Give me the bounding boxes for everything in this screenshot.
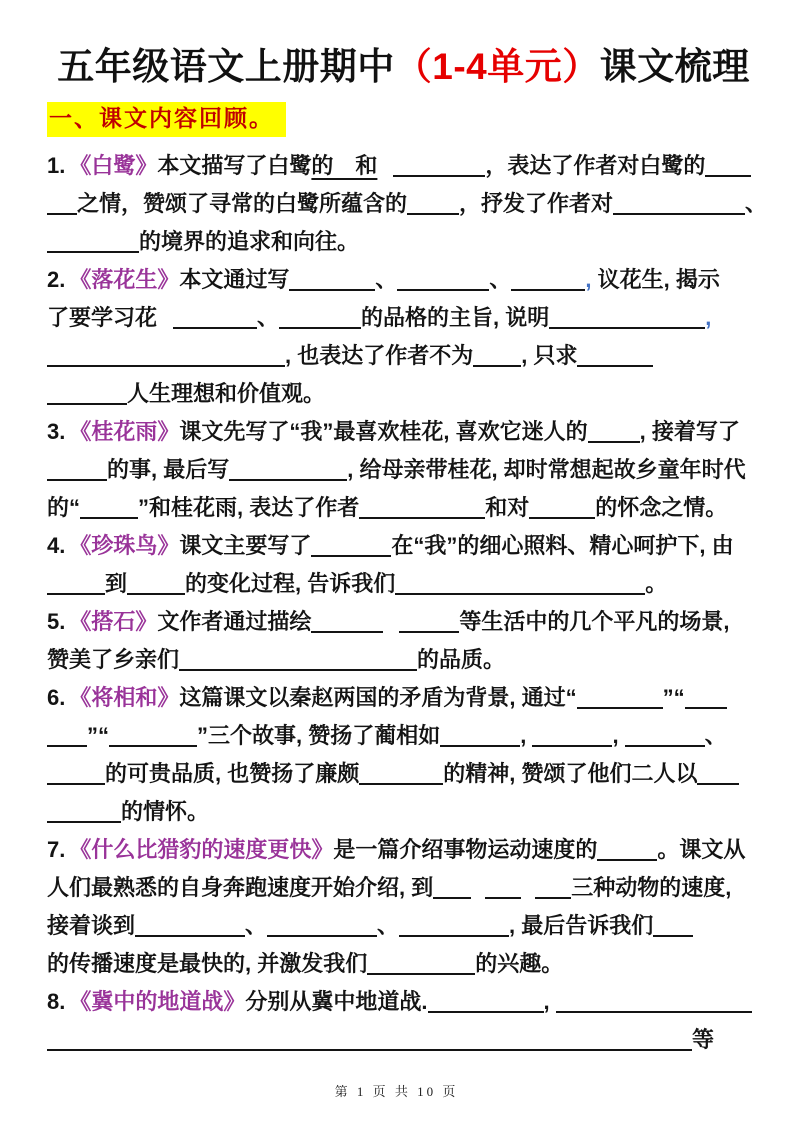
item-number: 5. [47,603,65,641]
worksheet-item: 1.《白鹭》本文描写了白鹭的 和，表达了作者对白鹭的之情，赞颂了寻常的白鹭所蕴含… [47,147,760,261]
text-run: 议花生, 揭示 [598,267,720,292]
text-run: , 接着写了 [640,419,740,444]
text-line: 1.《白鹭》本文描写了白鹭的 和，表达了作者对白鹭的 [47,147,760,185]
text-run: 等生活中的几个平凡的场景, [459,609,729,634]
text-run: ，表达了作者对白鹭的 [485,153,705,178]
blank-field [399,919,509,937]
text-line: 人们最熟悉的自身奔跑速度开始介绍, 到三种动物的速度, [47,869,760,907]
text-run: 。 [645,571,667,596]
blank-field [577,349,653,367]
text-run: ，抒发了作者对 [459,191,613,216]
text-run: 本文描写了白鹭 [157,153,311,178]
blank-field [47,235,139,253]
blank-field [433,881,471,899]
text-run: 了要学习花 [47,305,157,330]
blank-field [47,1033,692,1051]
text-line: 的可贵品质, 也赞扬了廉颇的精神, 赞颂了他们二人以 [47,755,760,793]
text-run: , 也表达了作者不为 [285,343,473,368]
text-run: 之情，赞颂了寻常的白鹭所蕴含的 [77,191,407,216]
text-line: 的境界的追求和向往。 [47,223,760,261]
blank-field [179,653,417,671]
text-line: 到的变化过程, 告诉我们。 [47,565,760,603]
text-run: 、 [245,913,267,938]
lesson-title: 《什么比猎豹的速度更快》 [69,837,333,862]
blank-field [556,995,752,1013]
item-number: 3. [47,413,65,451]
worksheet-item: 4.《珍珠鸟》课文主要写了在“我”的细心照料、精心呵护下, 由到的变化过程, 告… [47,527,760,603]
blue-comma: , [705,305,711,330]
blank-field [407,197,459,215]
blank-field [47,387,127,405]
blank-field [440,729,520,747]
blank-field [473,349,521,367]
worksheet-item: 7.《什么比猎豹的速度更快》是一篇介绍事物运动速度的。课文从人们最熟悉的自身奔跑… [47,831,760,983]
text-line: 的“”和桂花雨, 表达了作者和对的怀念之情。 [47,489,760,527]
blank-field [311,615,383,633]
page-title: 五年级语文上册期中（1-4单元）课文梳理 [47,44,760,90]
text-run: 的可贵品质, 也赞扬了廉颇 [105,761,359,786]
text-run: , 只求 [521,343,577,368]
blank-field [127,577,185,595]
underlined-text: 的 和 [311,153,377,178]
blank-field [395,577,645,595]
text-run: 、 [377,913,399,938]
page-content: 五年级语文上册期中（1-4单元）课文梳理 一、课文内容回顾。 1.《白鹭》本文描… [0,0,793,1059]
blank-field [577,691,663,709]
text-run: 三种动物的速度, [571,875,731,900]
text-run: ”“ [663,685,685,710]
blank-field [549,311,705,329]
text-run: 、 [705,723,727,748]
text-line: 了要学习花、的品格的主旨, 说明, [47,299,760,337]
text-run: , 给母亲带桂花, 却时常想起故乡童年时代 [347,457,745,482]
page-number: 第 1 页 共 10 页 [0,1081,793,1100]
text-run: 的兴趣。 [475,951,563,976]
blank-field [535,881,571,899]
blank-field [279,311,361,329]
text-run: 人们最熟悉的自身奔跑速度开始介绍, 到 [47,875,433,900]
blank-field [267,919,377,937]
text-line: 8.《冀中的地道战》分别从冀中地道战., [47,983,760,1021]
blank-field [399,615,459,633]
text-run: 等 [692,1027,714,1052]
text-run: 的传播速度是最快的, 并激发我们 [47,951,367,976]
text-run: 的品格的主旨, 说明 [361,305,549,330]
blank-field [47,767,105,785]
text-run: 的怀念之情。 [595,495,727,520]
text-run: 的事, 最后写 [107,457,229,482]
text-run: ”“ [87,723,109,748]
text-run: 的“ [47,495,80,520]
text-run: , [544,989,556,1014]
blank-field [359,501,485,519]
text-run: 课文主要写了 [179,533,311,558]
blank-field [47,805,121,823]
blank-field [428,995,544,1013]
blank-field [511,273,585,291]
text-run: 分别从冀中地道战. [245,989,427,1014]
text-run: 文作者通过描绘 [157,609,311,634]
lesson-title: 《冀中的地道战》 [69,989,245,1014]
blank-field [367,957,475,975]
item-number: 6. [47,679,65,717]
worksheet-item: 6.《将相和》这篇课文以秦赵两国的矛盾为背景, 通过“”“”“”三个故事, 赞扬… [47,679,760,831]
document-page: 五年级语文上册期中（1-4单元）课文梳理 一、课文内容回顾。 1.《白鹭》本文描… [0,0,793,1122]
blank-field [529,501,595,519]
item-number: 1. [47,147,65,185]
item-number: 2. [47,261,65,299]
blank-field [47,729,87,747]
blank-field [393,159,485,177]
text-line: 赞美了乡亲们的品质。 [47,641,760,679]
text-run: , 最后告诉我们 [509,913,653,938]
text-line: 3.《桂花雨》课文先写了“我”最喜欢桂花, 喜欢它迷人的, 接着写了 [47,413,760,451]
text-run: 、 [489,267,511,292]
text-run: 课文先写了“我”最喜欢桂花, 喜欢它迷人的 [179,419,587,444]
blank-field [359,767,443,785]
lesson-title: 《落花生》 [69,267,179,292]
text-line: 的事, 最后写, 给母亲带桂花, 却时常想起故乡童年时代 [47,451,760,489]
blank-field [588,425,640,443]
blank-field [47,577,105,595]
lesson-title: 《将相和》 [69,685,179,710]
worksheet-item: 2.《落花生》本文通过写、、, 议花生, 揭示了要学习花、的品格的主旨, 说明,… [47,261,760,413]
blank-field [135,919,245,937]
item-number: 7. [47,831,65,869]
text-line: , 也表达了作者不为, 只求 [47,337,760,375]
worksheet-item: 8.《冀中的地道战》分别从冀中地道战., 等 [47,983,760,1059]
blank-field [532,729,612,747]
text-run: 在“我”的细心照料、精心呵护下, 由 [391,533,733,558]
blank-field [397,273,489,291]
blank-field [625,729,705,747]
text-run: 的情怀。 [121,799,209,824]
text-run: 赞美了乡亲们 [47,647,179,672]
text-run: 的品质。 [417,647,505,672]
blank-field [47,349,285,367]
lesson-title: 《珍珠鸟》 [69,533,179,558]
blank-field [597,843,657,861]
blank-field [109,729,197,747]
text-run: 到 [105,571,127,596]
text-run: 接着谈到 [47,913,135,938]
text-run: 、 [375,267,397,292]
text-run: 的境界的追求和向往。 [139,229,359,254]
text-line: 的情怀。 [47,793,760,831]
items-list: 1.《白鹭》本文描写了白鹭的 和，表达了作者对白鹭的之情，赞颂了寻常的白鹭所蕴含… [47,147,760,1059]
text-line: 的传播速度是最快的, 并激发我们的兴趣。 [47,945,760,983]
text-line: 人生理想和价值观。 [47,375,760,413]
blank-field [705,159,751,177]
blank-field [685,691,727,709]
blank-field [311,539,391,557]
text-run: 本文通过写 [179,267,289,292]
blank-field [173,311,257,329]
blank-field [697,767,739,785]
item-number: 4. [47,527,65,565]
text-line: 7.《什么比猎豹的速度更快》是一篇介绍事物运动速度的。课文从 [47,831,760,869]
text-run: 是一篇介绍事物运动速度的 [333,837,597,862]
blank-field [485,881,521,899]
text-run: 的精神, 赞颂了他们二人以 [443,761,697,786]
text-run: ”三个故事, 赞扬了蔺相如 [197,723,440,748]
blank-field [653,919,693,937]
text-run: , [612,723,624,748]
text-line: 2.《落花生》本文通过写、、, 议花生, 揭示 [47,261,760,299]
title-suffix: 课文梳理 [600,46,750,87]
text-run: , [520,723,532,748]
section-heading: 一、课文内容回顾。 [47,102,286,137]
worksheet-item: 5.《搭石》文作者通过描绘等生活中的几个平凡的场景,赞美了乡亲们的品质。 [47,603,760,679]
text-run: 。课文从 [657,837,745,862]
text-line: 6.《将相和》这篇课文以秦赵两国的矛盾为背景, 通过“”“ [47,679,760,717]
title-prefix: 五年级语文上册期中 [57,46,395,87]
text-run: 、 [745,191,767,216]
text-run: 这篇课文以秦赵两国的矛盾为背景, 通过“ [179,685,576,710]
text-line: 4.《珍珠鸟》课文主要写了在“我”的细心照料、精心呵护下, 由 [47,527,760,565]
blank-field [613,197,745,215]
title-highlight: （1-4单元） [395,46,600,87]
text-line: 等 [47,1021,760,1059]
text-line: ”“”三个故事, 赞扬了蔺相如, , 、 [47,717,760,755]
text-line: 之情，赞颂了寻常的白鹭所蕴含的，抒发了作者对、 [47,185,760,223]
blank-field [289,273,375,291]
text-run: 的变化过程, 告诉我们 [185,571,395,596]
blank-field [47,463,107,481]
text-line: 5.《搭石》文作者通过描绘等生活中的几个平凡的场景, [47,603,760,641]
worksheet-item: 3.《桂花雨》课文先写了“我”最喜欢桂花, 喜欢它迷人的, 接着写了的事, 最后… [47,413,760,527]
text-run: 、 [257,305,279,330]
blank-field [47,197,77,215]
lesson-title: 《搭石》 [69,609,157,634]
text-run: ”和桂花雨, 表达了作者 [138,495,359,520]
text-run: 和对 [485,495,529,520]
blank-field [229,463,347,481]
text-run: 人生理想和价值观。 [127,381,325,406]
blue-comma: , [585,267,597,292]
lesson-title: 《白鹭》 [69,153,157,178]
item-number: 8. [47,983,65,1021]
blank-field [80,501,138,519]
lesson-title: 《桂花雨》 [69,419,179,444]
text-line: 接着谈到、、, 最后告诉我们 [47,907,760,945]
